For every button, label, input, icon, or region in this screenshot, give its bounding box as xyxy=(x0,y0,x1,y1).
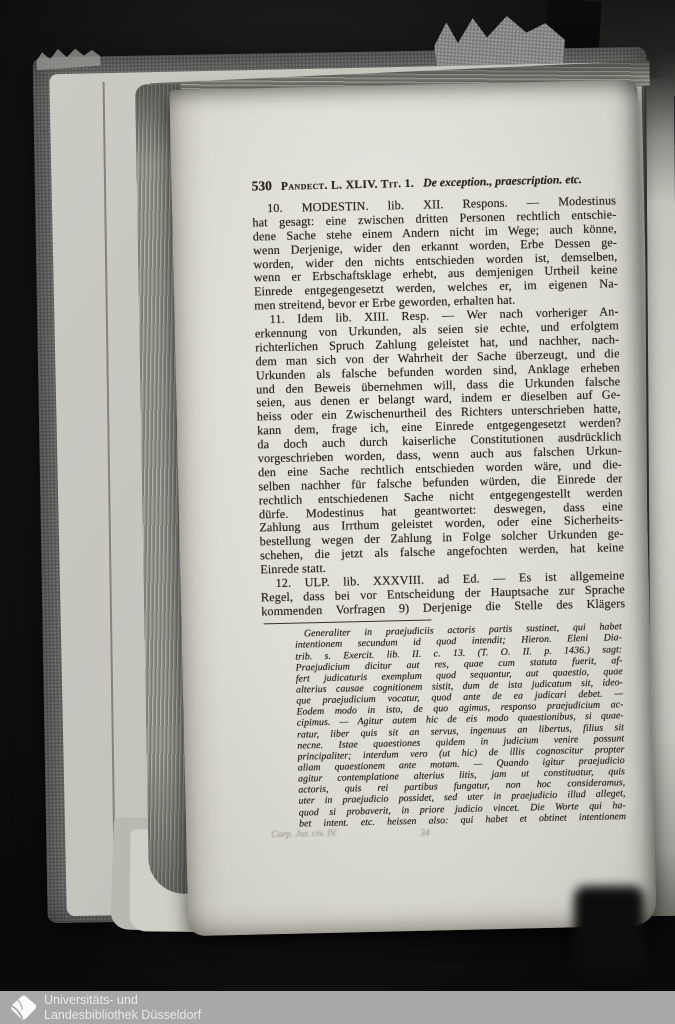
main-text: 10. MODESTIN. lib. XII. Respons. — Modes… xyxy=(252,194,630,830)
footnote-9: 9) Generaliter in praejudiciis actoris p… xyxy=(282,622,626,830)
ghost-text-sheet-number: 34 xyxy=(420,829,430,839)
ghost-text-signature: Corp. Jur. civ. IV. xyxy=(271,829,337,840)
running-head-reference: Pandect. L. XLIV. Tit. 1. xyxy=(281,178,415,193)
scanned-book-photo: 530 Pandect. L. XLIV. Tit. 1. De excepti… xyxy=(0,0,675,1024)
frayed-cover-corner xyxy=(35,44,100,70)
book-page: 530 Pandect. L. XLIV. Tit. 1. De excepti… xyxy=(169,80,656,936)
library-name-line2: Landesbibliothek Düsseldorf xyxy=(44,1008,201,1023)
paragraph-11: 11. Idem lib. XIII. Resp. — Wer nach vor… xyxy=(254,305,624,577)
ulb-logo-icon xyxy=(7,993,39,1022)
paragraph-12: 12. ULP. lib. XXXVIII. ad Ed. — Es ist a… xyxy=(260,569,625,619)
paragraph-10: 10. MODESTIN. lib. XII. Respons. — Modes… xyxy=(252,194,618,313)
library-name-line1: Universitäts- und xyxy=(44,993,201,1008)
library-watermark-bar: Universitäts- und Landesbibliothek Düsse… xyxy=(0,991,675,1024)
running-head: 530 Pandect. L. XLIV. Tit. 1. De excepti… xyxy=(251,171,595,195)
page-number: 530 xyxy=(251,178,272,194)
running-head-title: De exception., praescription. etc. xyxy=(423,172,582,191)
footnote-rule xyxy=(264,619,432,624)
clamp-shadow xyxy=(574,886,644,978)
library-name: Universitäts- und Landesbibliothek Düsse… xyxy=(44,993,201,1023)
